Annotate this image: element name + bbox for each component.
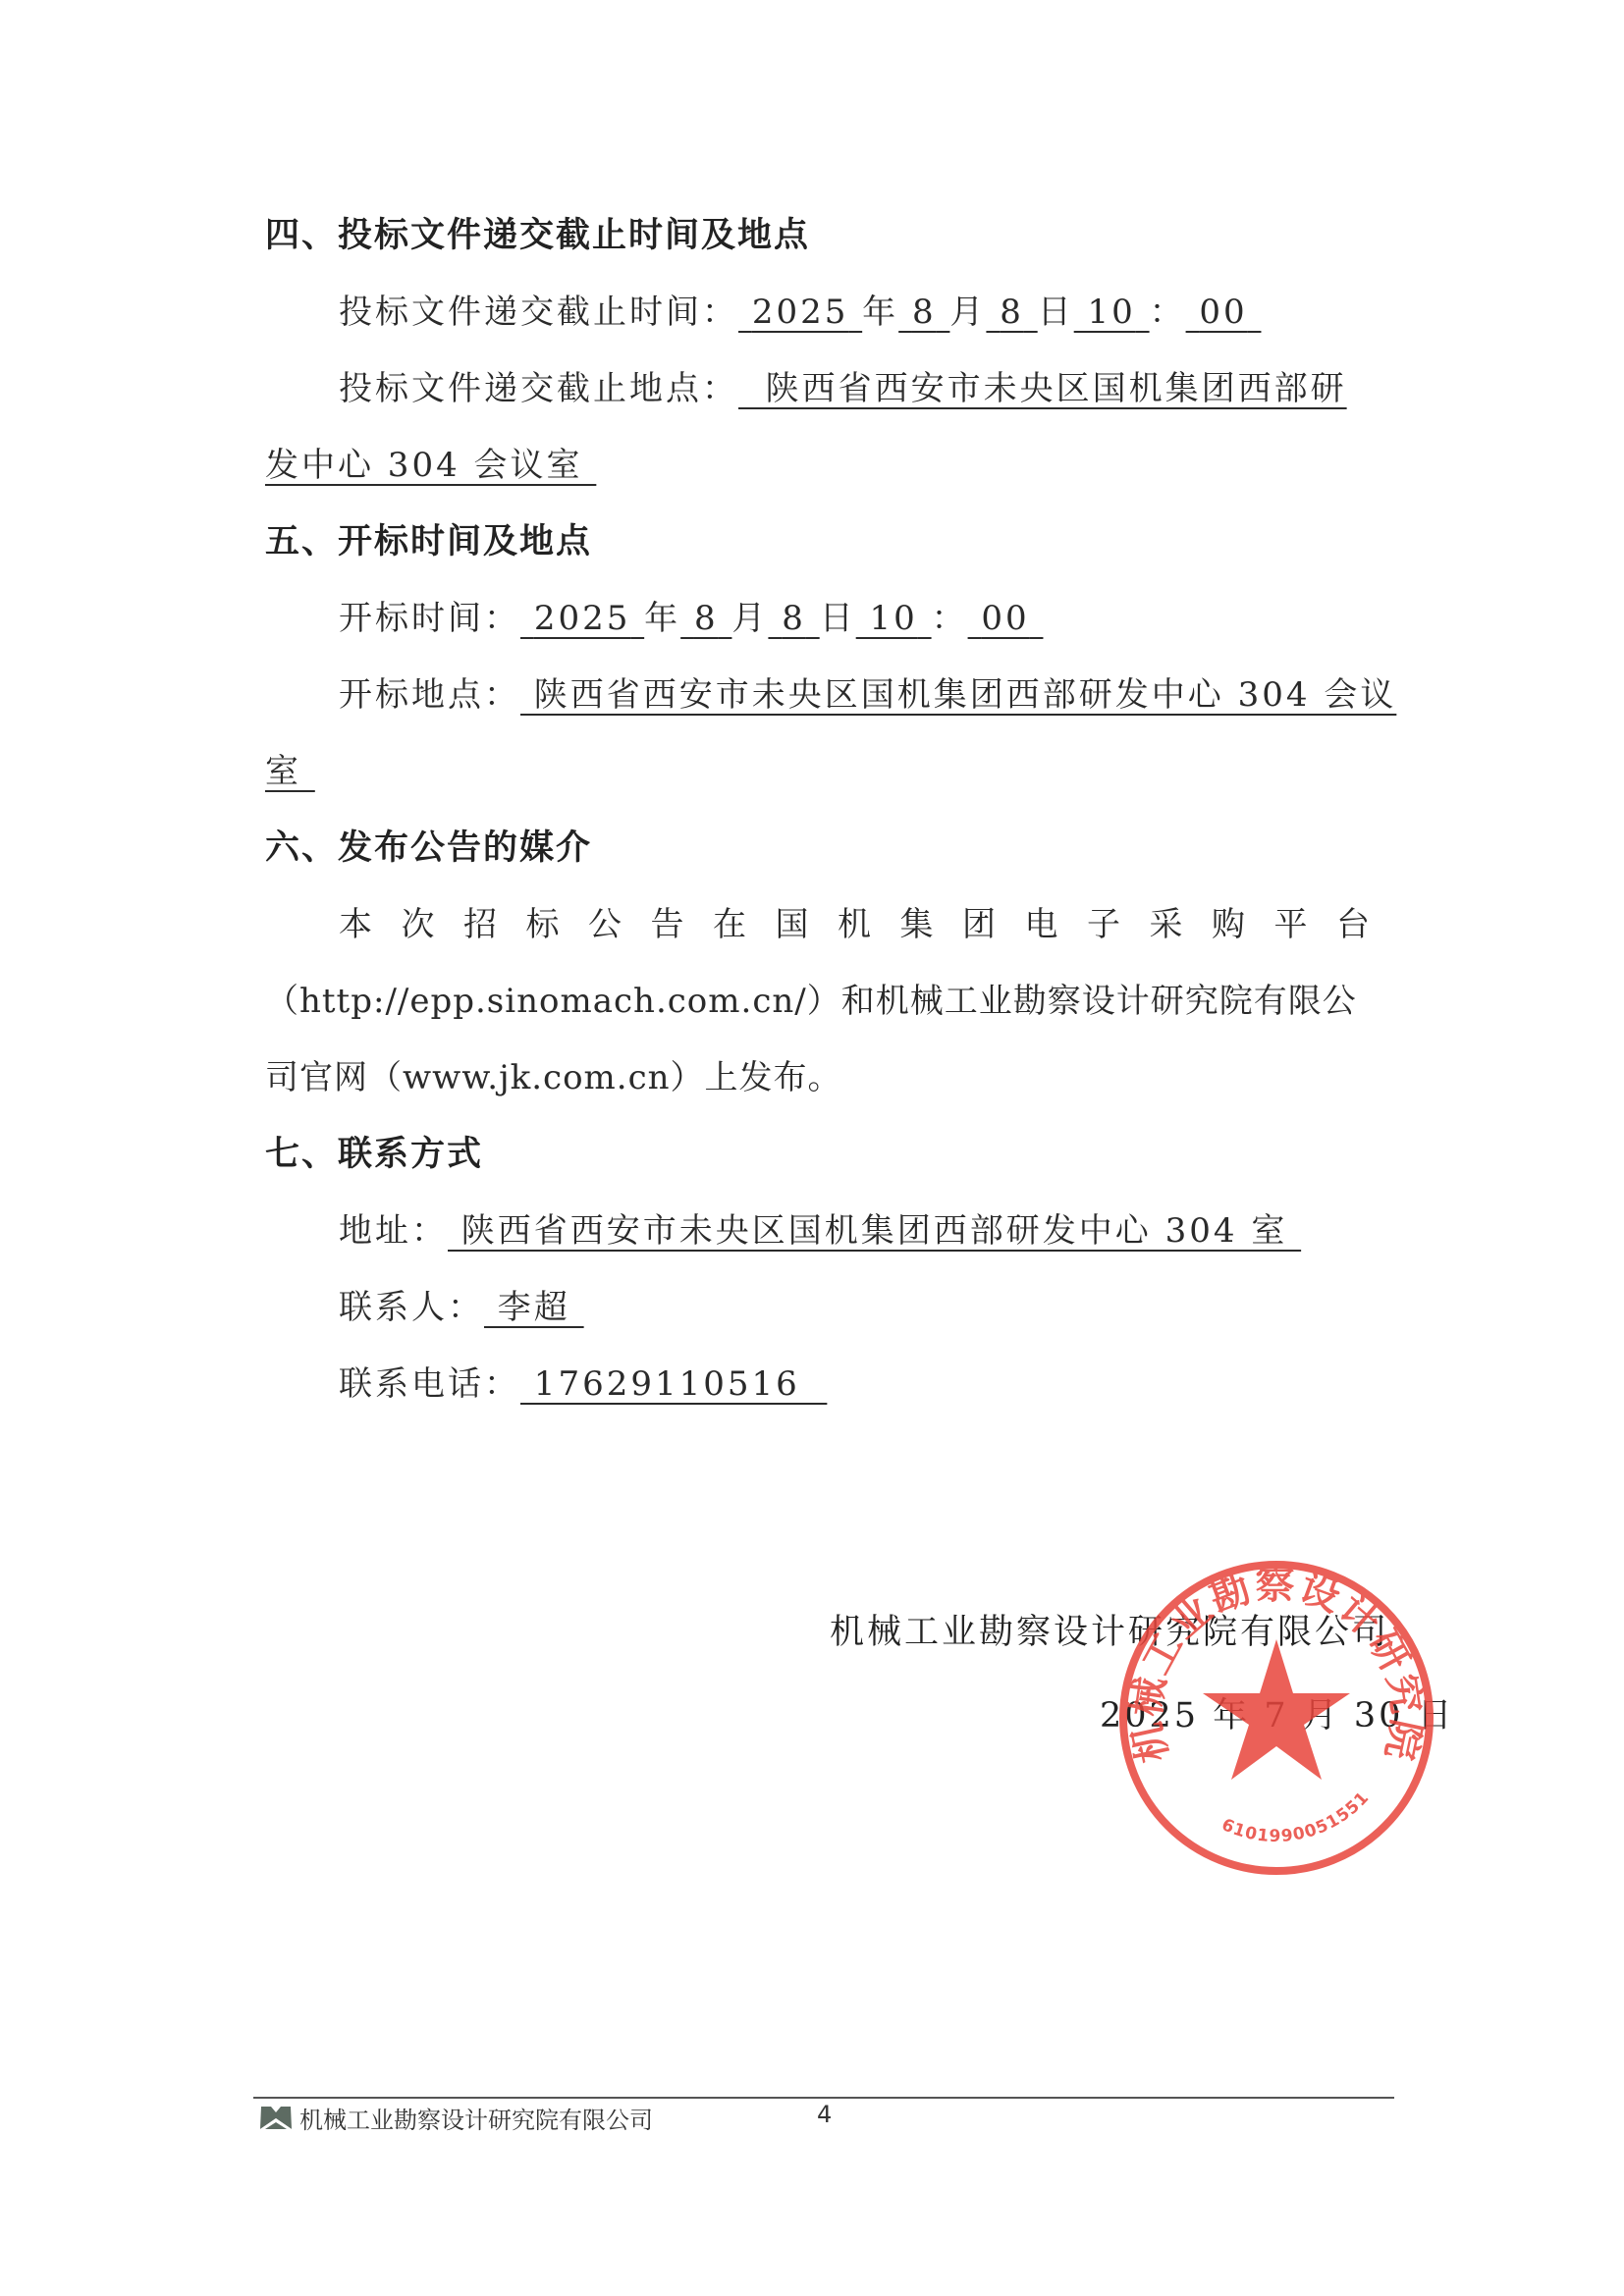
submission-location-row-cont: 发中心 304 会议室 — [265, 444, 596, 487]
opening-month: 8 — [680, 599, 731, 638]
seal-code-text: 6101990051551 — [1218, 1788, 1374, 1846]
section-7-heading: 七、联系方式 — [265, 1133, 483, 1176]
submission-location-value-cont: 发中心 304 会议室 — [265, 446, 596, 485]
opening-location-row-cont: 室 — [265, 750, 315, 793]
deadline-year-unit: 年 — [862, 293, 898, 332]
opening-location-label: 开标地点： — [339, 675, 520, 715]
opening-location-value: 陕西省西安市未央区国机集团西部研发中心 304 会议 — [520, 675, 1396, 715]
opening-time-row: 开标时间： 2025 年 8 月 8 日 10 ： 00 — [339, 597, 1043, 640]
section-5-heading: 五、开标时间及地点 — [265, 520, 592, 563]
contact-person-row: 联系人： 李超 — [339, 1286, 584, 1329]
contact-phone-row: 联系电话： 17629110516 — [339, 1362, 827, 1406]
opening-time-label: 开标时间： — [339, 599, 520, 638]
deadline-minute: 00 — [1186, 293, 1262, 332]
contact-phone-label: 联系电话： — [339, 1364, 520, 1404]
svg-text:6101990051551: 6101990051551 — [1218, 1788, 1374, 1846]
deadline-day-unit: 日 — [1038, 293, 1074, 332]
submission-location-label: 投标文件递交截止地点： — [339, 369, 738, 408]
company-seal-stamp-icon: 机械工业勘察设计研究院有限公司 6101990051551 — [1114, 1556, 1438, 1880]
opening-minute: 00 — [968, 599, 1044, 638]
contact-address-row: 地址： 陕西省西安市未央区国机集团西部研发中心 304 室 — [339, 1209, 1301, 1253]
submission-location-value: 陕西省西安市未央区国机集团西部研 — [738, 369, 1347, 408]
media-paragraph-line-3: 司官网（www.jk.com.cn）上发布。 — [265, 1056, 842, 1099]
contact-person-value: 李超 — [484, 1288, 584, 1327]
deadline-hour: 10 — [1074, 293, 1150, 332]
media-paragraph-line-2: （http://epp.sinomach.com.cn/）和机械工业勘察设计研究… — [265, 980, 1357, 1023]
opening-day-unit: 日 — [820, 599, 856, 638]
contact-phone-value: 17629110516 — [520, 1364, 827, 1404]
deadline-year: 2025 — [738, 293, 862, 332]
document-page: 四、投标文件递交截止时间及地点 投标文件递交截止时间： 2025 年 8 月 8… — [0, 0, 1624, 2296]
opening-year-unit: 年 — [644, 599, 680, 638]
seal-star-icon — [1203, 1639, 1350, 1780]
page-number: 4 — [817, 2101, 832, 2128]
address-value: 陕西省西安市未央区国机集团西部研发中心 304 室 — [448, 1211, 1301, 1251]
opening-location-row: 开标地点： 陕西省西安市未央区国机集团西部研发中心 304 会议 — [339, 673, 1396, 717]
deadline-month-unit: 月 — [949, 293, 986, 332]
submission-deadline-label: 投标文件递交截止时间： — [339, 293, 738, 332]
section-6-heading: 六、发布公告的媒介 — [265, 827, 592, 870]
company-logo-icon — [259, 2105, 293, 2130]
deadline-day: 8 — [986, 293, 1037, 332]
footer-divider — [253, 2097, 1394, 2099]
deadline-month: 8 — [898, 293, 949, 332]
deadline-time-separator: ： — [1150, 293, 1186, 332]
opening-year: 2025 — [520, 599, 644, 638]
media-paragraph-line-1: 本次招标公告在国机集团电子采购平台 — [339, 903, 1399, 946]
contact-person-label: 联系人： — [339, 1288, 484, 1327]
opening-day: 8 — [768, 599, 819, 638]
section-4-heading: 四、投标文件递交截止时间及地点 — [265, 214, 810, 257]
opening-time-separator: ： — [932, 599, 968, 638]
submission-location-row: 投标文件递交截止地点： 陕西省西安市未央区国机集团西部研 — [339, 367, 1347, 410]
opening-hour: 10 — [856, 599, 932, 638]
opening-month-unit: 月 — [731, 599, 768, 638]
footer-company-name: 机械工业勘察设计研究院有限公司 — [299, 2101, 653, 2135]
submission-deadline-row: 投标文件递交截止时间： 2025 年 8 月 8 日 10 ： 00 — [339, 291, 1261, 334]
opening-location-value-cont: 室 — [265, 752, 315, 791]
address-label: 地址： — [339, 1211, 448, 1251]
